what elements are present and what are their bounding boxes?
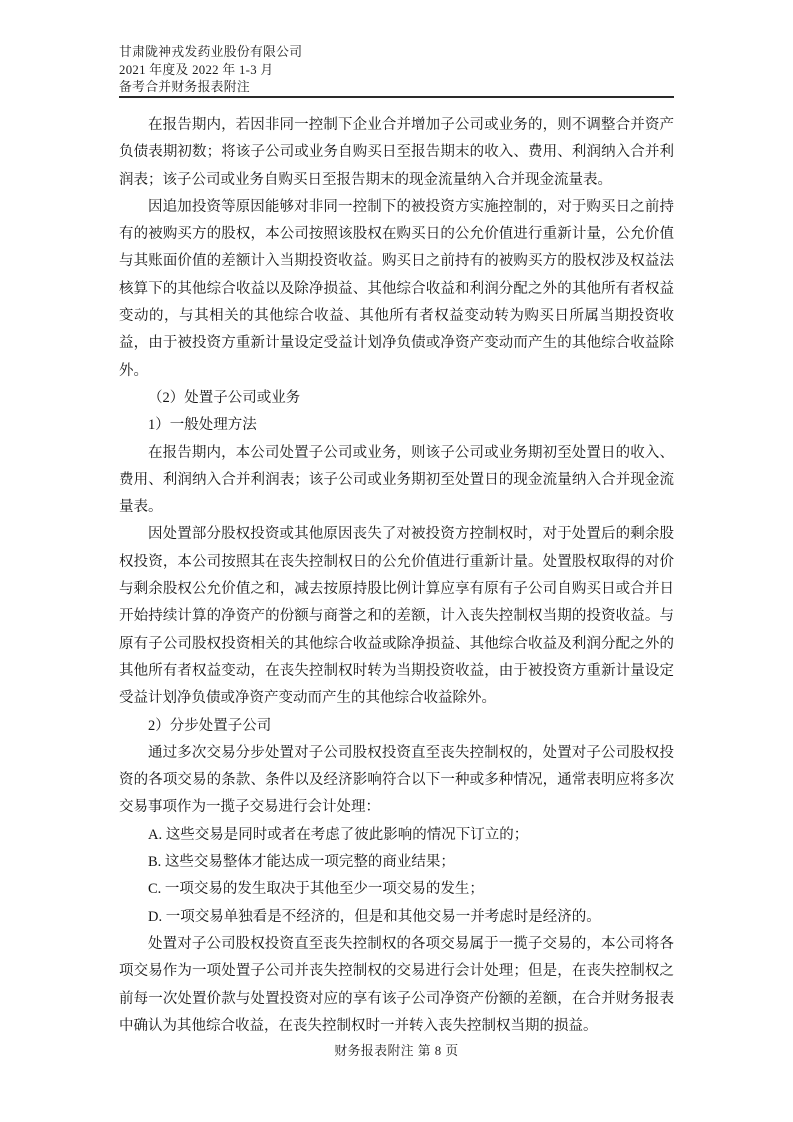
heading-stepwise-disposal: 2）分步处置子公司 bbox=[119, 713, 674, 740]
list-item-c: C. 一项交易的发生取决于其他至少一项交易的发生； bbox=[119, 876, 674, 903]
footer-page-label: 财务报表附注 第 8 页 bbox=[334, 1044, 458, 1058]
list-item-b: B. 这些交易整体才能达成一项完整的商业结果； bbox=[119, 849, 674, 876]
para-stepwise-disposal-intro: 通过多次交易分步处置对子公司股权投资直至丧失控制权的，处置对子公司股权投资的各项… bbox=[119, 740, 674, 822]
list-item-a: A. 这些交易是同时或者在考虑了彼此影响的情况下订立的； bbox=[119, 822, 674, 849]
list-item-d: D. 一项交易单独看是不经济的，但是和其他交易一并考虑时是经济的。 bbox=[119, 904, 674, 931]
document-body: 在报告期内，若因非同一控制下企业合并增加子公司或业务的，则不调整合并资产负债表期… bbox=[119, 112, 674, 1040]
para-step-acquisition-control: 因追加投资等原因能够对非同一控制下的被投资方实施控制的，对于购买日之前持有的被购… bbox=[119, 194, 674, 385]
report-period: 2021 年度及 2022 年 1-3 月 bbox=[119, 62, 674, 80]
document-page: 甘肃陇神戎发药业股份有限公司 2021 年度及 2022 年 1-3 月 备考合… bbox=[0, 0, 793, 1122]
para-disposal-general: 在报告期内，本公司处置子公司或业务，则该子公司或业务期初至处置日的收入、费用、利… bbox=[119, 440, 674, 522]
document-header: 甘肃陇神戎发药业股份有限公司 2021 年度及 2022 年 1-3 月 备考合… bbox=[119, 44, 674, 97]
document-title: 备考合并财务报表附注 bbox=[119, 79, 674, 97]
company-name: 甘肃陇神戎发药业股份有限公司 bbox=[119, 44, 674, 62]
page-footer: 财务报表附注 第 8 页 bbox=[119, 1040, 674, 1059]
heading-general-treatment: 1）一般处理方法 bbox=[119, 412, 674, 439]
heading-disposal-of-subsidiary: （2）处置子公司或业务 bbox=[119, 385, 674, 412]
header-divider bbox=[119, 96, 674, 98]
para-subsidiary-addition: 在报告期内，若因非同一控制下企业合并增加子公司或业务的，则不调整合并资产负债表期… bbox=[119, 112, 674, 194]
para-bundled-transaction-treatment: 处置对子公司股权投资直至丧失控制权的各项交易属于一揽子交易的，本公司将各项交易作… bbox=[119, 931, 674, 1040]
para-loss-of-control-remeasure: 因处置部分股权投资或其他原因丧失了对被投资方控制权时，对于处置后的剩余股权投资，… bbox=[119, 521, 674, 712]
